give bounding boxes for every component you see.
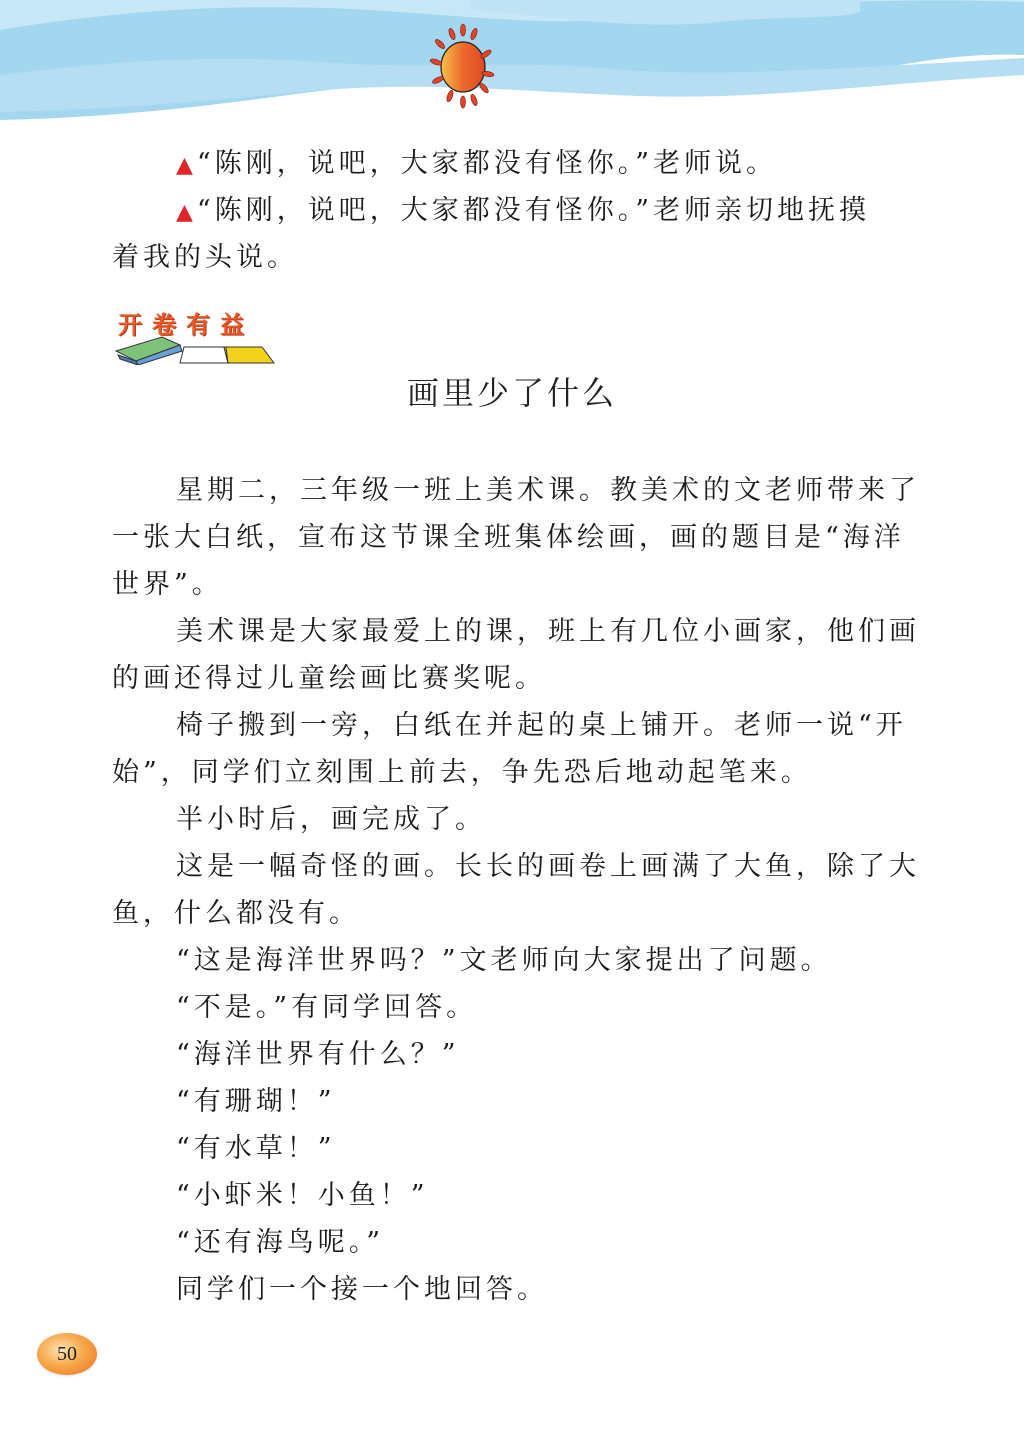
example-line-2: ▲“陈刚，说吧，大家都没有怪你。”老师亲切地抚摸 bbox=[112, 187, 912, 234]
story-line: 的画还得过儿童绘画比赛奖呢。 bbox=[112, 655, 912, 702]
example-sentences: ▲“陈刚，说吧，大家都没有怪你。”老师说。 ▲“陈刚，说吧，大家都没有怪你。”老… bbox=[112, 140, 912, 281]
red-triangle-icon: ▲ bbox=[176, 200, 193, 225]
story-line: 星期二，三年级一班上美术课。教美术的文老师带来了 bbox=[112, 467, 912, 514]
story-line: 半小时后，画完成了。 bbox=[112, 796, 912, 843]
story-title: 画里少了什么 bbox=[0, 368, 1024, 414]
page-number-badge: 50 bbox=[37, 1333, 97, 1375]
section-badge: 开卷有益 bbox=[112, 303, 282, 365]
story-line: 同学们一个接一个地回答。 bbox=[112, 1266, 912, 1313]
story-line: 世界”。 bbox=[112, 561, 912, 608]
story-line: “不是。”有同学回答。 bbox=[112, 984, 912, 1031]
example-line-1: ▲“陈刚，说吧，大家都没有怪你。”老师说。 bbox=[112, 140, 912, 187]
story-line: 椅子搬到一旁，白纸在并起的桌上铺开。老师一说“开 bbox=[112, 702, 912, 749]
story-line: 鱼，什么都没有。 bbox=[112, 890, 912, 937]
story-line: “这是海洋世界吗？”文老师向大家提出了问题。 bbox=[112, 937, 912, 984]
story-line: 这是一幅奇怪的画。长长的画卷上画满了大鱼，除了大 bbox=[112, 843, 912, 890]
story-line: 一张大白纸，宣布这节课全班集体绘画，画的题目是“海洋 bbox=[112, 514, 912, 561]
story-line: “海洋世界有什么？” bbox=[112, 1031, 912, 1078]
sun-icon bbox=[418, 22, 508, 112]
story-body: 星期二，三年级一班上美术课。教美术的文老师带来了 一张大白纸，宣布这节课全班集体… bbox=[112, 467, 912, 1313]
section-badge-label: 开卷有益 bbox=[118, 305, 254, 340]
sky-wave-banner bbox=[0, 0, 1024, 140]
story-line: “有水草！” bbox=[112, 1125, 912, 1172]
story-line: “有珊瑚！” bbox=[112, 1078, 912, 1125]
red-triangle-icon: ▲ bbox=[176, 153, 193, 178]
example-line-2-continuation: 着我的头说。 bbox=[112, 234, 912, 281]
story-line: “还有海鸟呢。” bbox=[112, 1219, 912, 1266]
story-line: “小虾米！小鱼！” bbox=[112, 1172, 912, 1219]
story-line: 始”，同学们立刻围上前去，争先恐后地动起笔来。 bbox=[112, 749, 912, 796]
story-line: 美术课是大家最爱上的课，班上有几位小画家，他们画 bbox=[112, 608, 912, 655]
